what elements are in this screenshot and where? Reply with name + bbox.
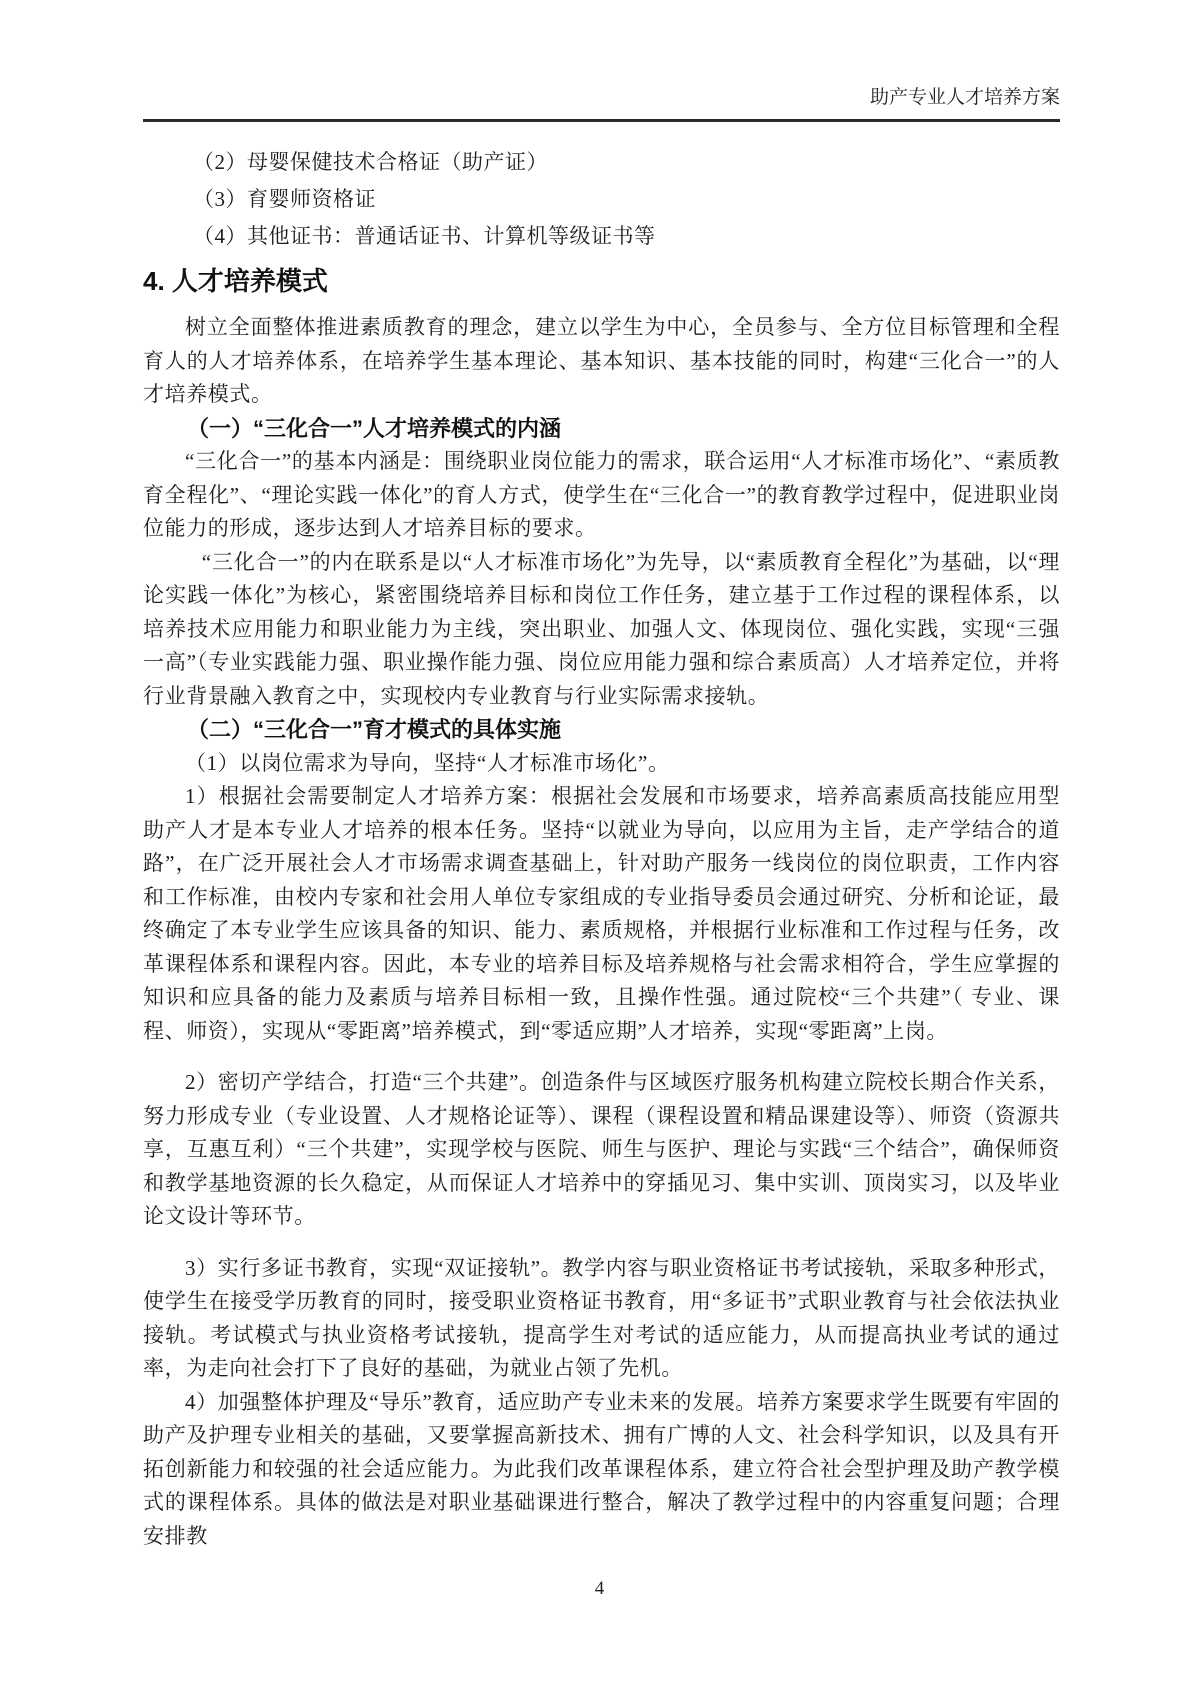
certificate-list-item: （2）母婴保健技术合格证（助产证） bbox=[193, 144, 1060, 181]
certificate-list: （2）母婴保健技术合格证（助产证） （3）育婴师资格证 （4）其他证书：普通话证… bbox=[143, 144, 1060, 255]
page-content: 助产专业人才培养方案 （2）母婴保健技术合格证（助产证） （3）育婴师资格证 （… bbox=[143, 0, 1060, 1553]
section-heading: 4. 人才培养模式 bbox=[143, 263, 1060, 299]
header-title: 助产专业人才培养方案 bbox=[870, 87, 1060, 108]
subsection-2-paragraph: （1）以岗位需求为导向，坚持“人才标准市场化”。 bbox=[143, 747, 1060, 781]
intro-paragraph: 树立全面整体推进素质教育的理念，建立以学生为中心，全员参与、全方位目标管理和全程… bbox=[143, 311, 1060, 412]
subsection-1-heading: （一）“三化合一”人才培养模式的内涵 bbox=[143, 412, 1060, 446]
page-header: 助产专业人才培养方案 bbox=[143, 0, 1060, 119]
subsection-2-paragraph: 4）加强整体护理及“导乐”教育，适应助产专业未来的发展。培养方案要求学生既要有牢… bbox=[143, 1386, 1060, 1554]
document-page: 助产专业人才培养方案 （2）母婴保健技术合格证（助产证） （3）育婴师资格证 （… bbox=[0, 0, 1199, 1696]
subsection-2-paragraph: 3）实行多证书教育，实现“双证接轨”。教学内容与职业资格证书考试接轨，采取多种形… bbox=[143, 1252, 1060, 1386]
header-rule bbox=[143, 119, 1060, 122]
subsection-2-paragraph: 1）根据社会需要制定人才培养方案：根据社会发展和市场要求，培养高素质高技能应用型… bbox=[143, 780, 1060, 1048]
page-number: 4 bbox=[0, 1578, 1199, 1600]
subsection-2-paragraph: 2）密切产学结合，打造“三个共建”。创造条件与区域医疗服务机构建立院校长期合作关… bbox=[143, 1066, 1060, 1234]
subsection-1-paragraph: “三化合一”的内在联系是以“人才标准市场化”为先导，以“素质教育全程化”为基础，… bbox=[143, 546, 1060, 714]
subsection-2-heading: （二）“三化合一”育才模式的具体实施 bbox=[143, 713, 1060, 747]
subsection-1-paragraph: “三化合一”的基本内涵是：围绕职业岗位能力的需求，联合运用“人才标准市场化”、“… bbox=[143, 445, 1060, 546]
certificate-list-item: （3）育婴师资格证 bbox=[193, 181, 1060, 218]
certificate-list-item: （4）其他证书：普通话证书、计算机等级证书等 bbox=[193, 218, 1060, 255]
